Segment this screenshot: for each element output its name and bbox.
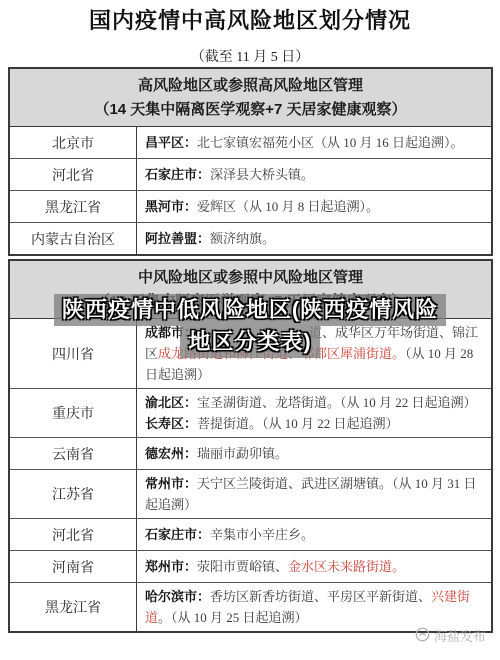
area-entry: 常州市：天宁区兰陵街道、武进区湖塘镇。（从 10 月 31 日起追溯） [145,473,489,515]
province-cell: 北京市 [10,127,137,158]
watermark: 海盐发布 [415,626,486,645]
text-segment: 德宏州： [145,446,197,461]
detail-cell: 哈尔滨市：香坊区新香坊街道、平房区平新街道、兴建街道。（从 10 月 25 日起… [137,583,491,631]
text-segment: 郑州市： [145,559,197,574]
text-segment: 宝圣湖街道、龙塔街道。（从 10 月 22 日起追溯） [197,395,477,410]
high-risk-header-subtitle: （14 天集中隔离医学观察+7 天居家健康观察） [10,98,491,122]
area-entry: 阿拉善盟：额济纳旗。 [145,228,489,249]
area-entry: 石家庄市：辛集市小辛庄乡。 [145,524,489,545]
detail-cell: 阿拉善盟：额济纳旗。 [137,223,491,254]
overlay-caption-line2: 地区分类表) [180,326,319,358]
high-risk-rows: 北京市昌平区：北七家镇宏福苑小区（从 10 月 16 日起追溯）。河北省石家庄市… [10,127,491,254]
text-segment: 黑河市： [145,199,197,214]
area-entry: 德宏州：瑞丽市勐卯镇。 [145,443,489,464]
text-segment: 深泽县大桥头镇。 [210,167,314,182]
overlay-caption: 陕西疫情中低风险地区(陕西疫情风险 地区分类表) [0,294,500,358]
text-segment: 石家庄市： [145,527,210,542]
province-cell: 江苏省 [10,470,137,518]
text-segment: 荥阳市贾峪镇、 [197,559,288,574]
page-subtitle: （截至 11 月 5 日） [0,46,500,66]
text-segment: 。（从 10 月 25 日起追溯） [158,610,308,625]
detail-cell: 昌平区：北七家镇宏福苑小区（从 10 月 16 日起追溯）。 [137,127,491,158]
high-risk-header-title: 高风险地区或参照高风险地区管理 [10,74,491,98]
area-entry: 长寿区：菩提街道。（从 10 月 22 日起追溯） [145,413,489,434]
table-row: 云南省德宏州：瑞丽市勐卯镇。 [10,437,491,469]
text-segment: 瑞丽市勐卯镇。 [197,446,288,461]
text-segment: 爱辉区（从 10 月 8 日起追溯）。 [197,199,379,214]
table-row: 江苏省常州市：天宁区兰陵街道、武进区湖塘镇。（从 10 月 31 日起追溯） [10,469,491,518]
text-segment: 渝北区： [145,395,197,410]
province-cell: 河南省 [10,551,137,582]
table-row: 内蒙古自治区阿拉善盟：额济纳旗。 [10,222,491,254]
medium-risk-rows: 四川省成都市：道、成华区万年场街道、锦江区成龙路街道和柳江街道、郫都区犀浦街道。… [10,319,491,631]
text-segment: 长寿区： [145,416,197,431]
province-cell: 内蒙古自治区 [10,223,137,254]
detail-cell: 石家庄市：辛集市小辛庄乡。 [137,519,491,550]
detail-cell: 渝北区：宝圣湖街道、龙塔街道。（从 10 月 22 日起追溯）长寿区：菩提街道。… [137,389,491,437]
detail-cell: 石家庄市：深泽县大桥头镇。 [137,159,491,190]
detail-cell: 常州市：天宁区兰陵街道、武进区湖塘镇。（从 10 月 31 日起追溯） [137,470,491,518]
text-segment: 菩提街道。（从 10 月 22 日起追溯） [197,416,399,431]
area-entry: 渝北区：宝圣湖街道、龙塔街道。（从 10 月 22 日起追溯） [145,392,489,413]
table-row: 重庆市渝北区：宝圣湖街道、龙塔街道。（从 10 月 22 日起追溯）长寿区：菩提… [10,388,491,437]
overlay-caption-line1: 陕西疫情中低风险地区(陕西疫情风险 [54,294,446,326]
risk-area-infographic: 国内疫情中高风险地区划分情况 （截至 11 月 5 日） 高风险地区或参照高风险… [0,0,500,660]
text-segment: 北七家镇宏福苑小区（从 10 月 16 日起追溯）。 [197,135,464,150]
province-cell: 黑龙江省 [10,583,137,631]
province-cell: 黑龙江省 [10,191,137,222]
text-segment: 额济纳旗。 [210,231,275,246]
page-title: 国内疫情中高风险地区划分情况 [0,4,500,35]
text-segment: 香坊区新香坊街道、平房区平新街道、 [210,589,431,604]
province-cell: 河北省 [10,519,137,550]
high-risk-table-header: 高风险地区或参照高风险地区管理 （14 天集中隔离医学观察+7 天居家健康观察） [10,69,491,127]
table-row: 北京市昌平区：北七家镇宏福苑小区（从 10 月 16 日起追溯）。 [10,127,491,158]
text-segment: 昌平区： [145,135,197,150]
watermark-text: 海盐发布 [434,626,486,645]
text-segment: 金水区未来路街道。 [288,559,405,574]
detail-cell: 郑州市：荥阳市贾峪镇、金水区未来路街道。 [137,551,491,582]
province-cell: 重庆市 [10,389,137,437]
high-risk-table: 高风险地区或参照高风险地区管理 （14 天集中隔离医学观察+7 天居家健康观察）… [8,67,493,256]
table-row: 河北省石家庄市：辛集市小辛庄乡。 [10,518,491,550]
haiyan-logo-icon [415,627,430,645]
area-entry: 昌平区：北七家镇宏福苑小区（从 10 月 16 日起追溯）。 [145,132,489,153]
area-entry: 郑州市：荥阳市贾峪镇、金水区未来路街道。 [145,556,489,577]
area-entry: 哈尔滨市：香坊区新香坊街道、平房区平新街道、兴建街道。（从 10 月 25 日起… [145,586,489,628]
table-row: 黑龙江省哈尔滨市：香坊区新香坊街道、平房区平新街道、兴建街道。（从 10 月 2… [10,582,491,631]
area-entry: 黑河市：爱辉区（从 10 月 8 日起追溯）。 [145,196,489,217]
table-row: 黑龙江省黑河市：爱辉区（从 10 月 8 日起追溯）。 [10,190,491,222]
area-entry: 石家庄市：深泽县大桥头镇。 [145,164,489,185]
detail-cell: 黑河市：爱辉区（从 10 月 8 日起追溯）。 [137,191,491,222]
text-segment: 石家庄市： [145,167,210,182]
text-segment: 阿拉善盟： [145,231,210,246]
province-cell: 云南省 [10,438,137,469]
text-segment: 哈尔滨市： [145,589,210,604]
medium-risk-header-title: 中风险地区或参照中风险地区管理 [10,266,491,290]
detail-cell: 德宏州：瑞丽市勐卯镇。 [137,438,491,469]
table-row: 河南省郑州市：荥阳市贾峪镇、金水区未来路街道。 [10,550,491,582]
table-row: 河北省石家庄市：深泽县大桥头镇。 [10,158,491,190]
province-cell: 河北省 [10,159,137,190]
text-segment: 常州市： [145,476,197,491]
text-segment: 辛集市小辛庄乡。 [210,527,314,542]
